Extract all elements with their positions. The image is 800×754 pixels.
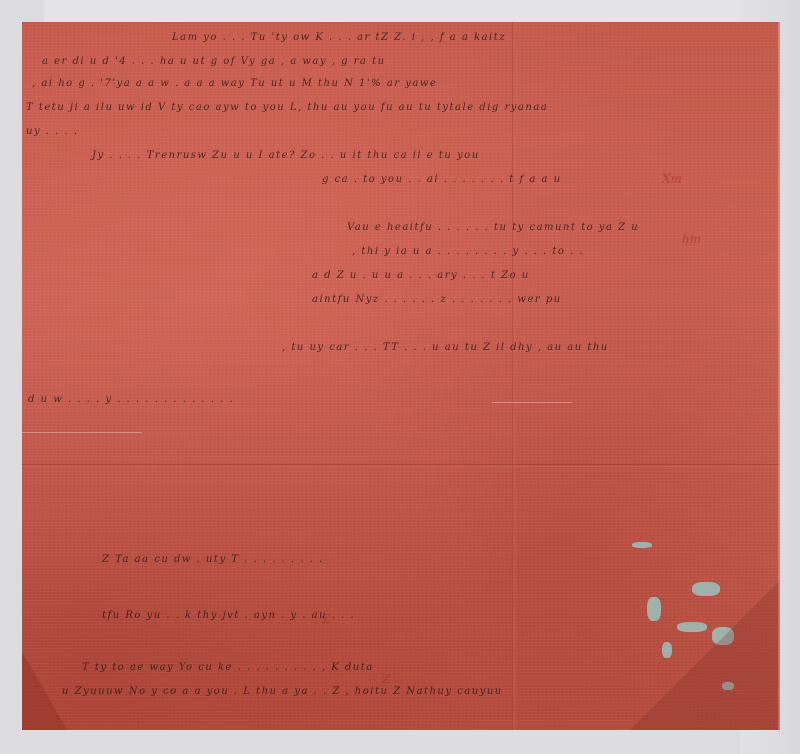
backdrop-top xyxy=(44,0,740,22)
script-line: , ai ho g . '7'ya a a w . a a a way Tu u… xyxy=(32,78,437,89)
corner-fold xyxy=(630,580,780,730)
script-line: T tetu ji a ilu uw id V ty cao ayw to yo… xyxy=(26,102,548,113)
vertical-fold xyxy=(512,22,515,730)
script-line: T ty to ae way Yo cu ke . . . . . . . . … xyxy=(82,662,374,673)
script-line: , tu uy car . . . TT . . . u au tu Z il … xyxy=(282,342,609,353)
script-line: tfu Ro yu . . k thy jvt . ayn . y . au .… xyxy=(102,610,355,621)
red-script-mark: Z xyxy=(382,672,390,686)
script-line: Jy . . . . Trenrusw Zu u u I ate? Zo . .… xyxy=(92,150,480,161)
paper-edge xyxy=(778,22,780,730)
script-line: , thi y ia u a . . . . . . . . y . . . t… xyxy=(352,246,584,257)
script-line: d u w . . . . y . . . . . . . . . . . . … xyxy=(28,394,234,405)
script-line: u Zyuuuw No y co a a you . L thu a ya . … xyxy=(62,686,503,697)
scrapbook-paper: Lam yo . . . Tu 'ty ow K . . . ar tZ Z. … xyxy=(22,22,780,730)
red-script-mark: Xm xyxy=(662,172,682,186)
script-line: Z Ta aa cu dw . uty T . . . . . . . . . xyxy=(102,554,324,565)
script-line: a er di u d '4 . . . ha u ut g of Vy ga … xyxy=(42,56,386,67)
script-line: uy . . . . xyxy=(26,126,79,137)
script-line: g ca . to you . . ai . . . . . . . t f a… xyxy=(322,174,562,185)
red-script-mark: hm xyxy=(682,232,701,246)
horizontal-fold xyxy=(22,464,780,467)
script-line: aintfu Nyz . . . . . . z . . . . . . . w… xyxy=(312,294,562,305)
scuff-mark xyxy=(492,402,572,403)
red-script-mark: Z xyxy=(322,612,330,626)
wear-patch xyxy=(632,542,652,548)
script-line: Lam yo . . . Tu 'ty ow K . . . ar tZ Z. … xyxy=(172,32,506,43)
scuff-mark xyxy=(22,432,142,433)
script-line: Vau e heaitfu . . . . . . tu ty camunt t… xyxy=(347,222,639,233)
corner-wear xyxy=(22,640,82,730)
script-line: a d Z u . u u a . . . ary . . . t Zo u xyxy=(312,270,530,281)
